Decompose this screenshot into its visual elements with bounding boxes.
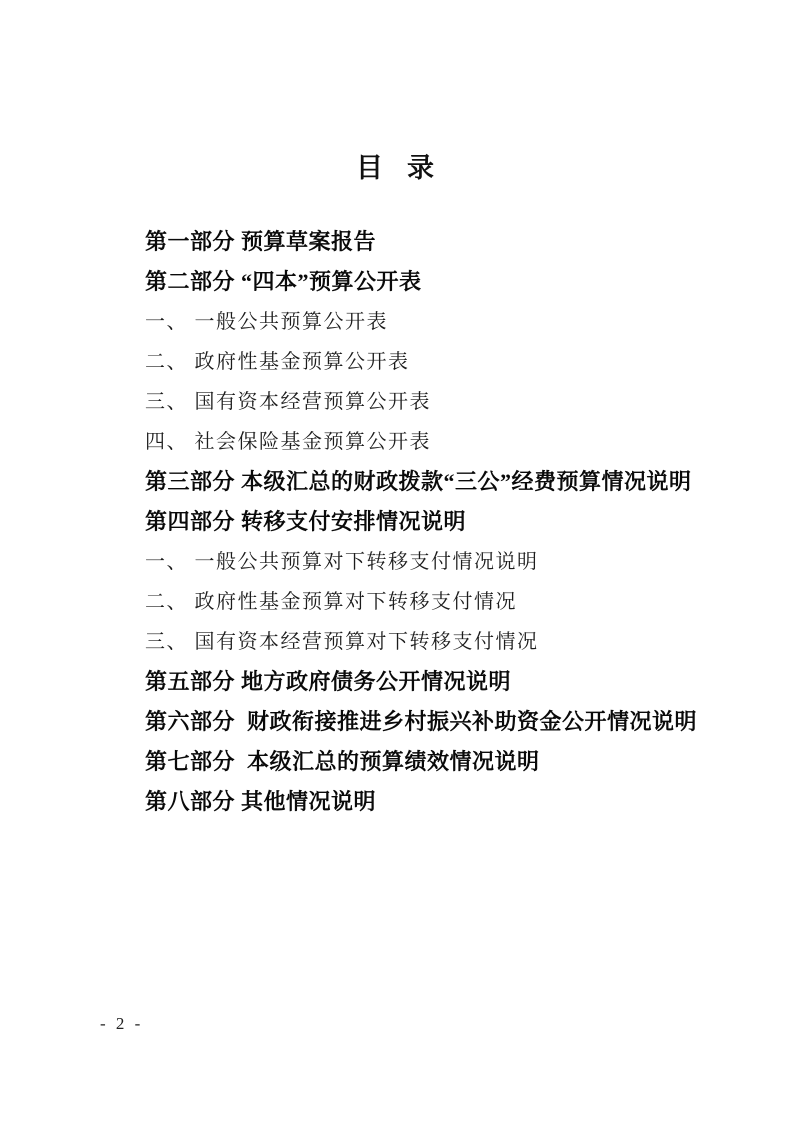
toc-item-part-6: 第六部分 财政衔接推进乡村振兴补助资金公开情况说明	[145, 702, 745, 742]
toc-item-sub-6: 二、 政府性基金预算对下转移支付情况	[145, 582, 745, 622]
document-page: 目 录 第一部分 预算草案报告 第二部分 “四本”预算公开表 一、 一般公共预算…	[0, 0, 793, 1122]
toc-item-sub-5: 一、 一般公共预算对下转移支付情况说明	[145, 542, 745, 582]
toc-item-sub-1: 一、 一般公共预算公开表	[145, 302, 745, 342]
toc-item-part-1: 第一部分 预算草案报告	[145, 222, 745, 262]
page-number: - 2 -	[100, 1014, 143, 1034]
toc-item-sub-4: 四、 社会保险基金预算公开表	[145, 422, 745, 462]
page-title: 目 录	[0, 146, 793, 185]
toc-item-part-8: 第八部分 其他情况说明	[145, 782, 745, 822]
table-of-contents: 第一部分 预算草案报告 第二部分 “四本”预算公开表 一、 一般公共预算公开表 …	[145, 222, 745, 822]
toc-item-sub-7: 三、 国有资本经营预算对下转移支付情况	[145, 622, 745, 662]
toc-item-part-4: 第四部分 转移支付安排情况说明	[145, 502, 745, 542]
toc-item-part-3: 第三部分 本级汇总的财政拨款“三公”经费预算情况说明	[145, 462, 745, 502]
toc-item-part-7: 第七部分 本级汇总的预算绩效情况说明	[145, 742, 745, 782]
toc-item-sub-3: 三、 国有资本经营预算公开表	[145, 382, 745, 422]
toc-item-part-2: 第二部分 “四本”预算公开表	[145, 262, 745, 302]
toc-item-sub-2: 二、 政府性基金预算公开表	[145, 342, 745, 382]
toc-item-part-5: 第五部分 地方政府债务公开情况说明	[145, 662, 745, 702]
